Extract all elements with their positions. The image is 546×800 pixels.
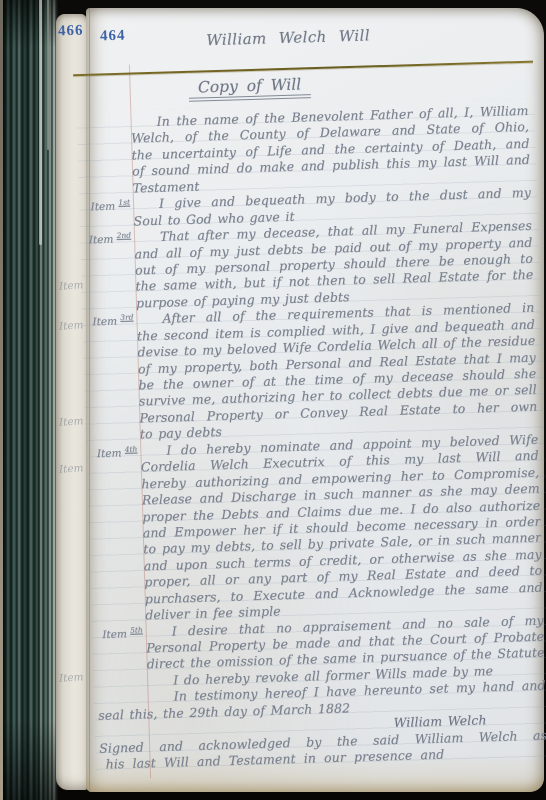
ghost-margin-note: Item bbox=[59, 319, 84, 333]
section-heading-wrap: Copy of Will bbox=[105, 72, 394, 105]
page-number-left: 466 bbox=[58, 23, 84, 41]
page-number-right: 464 bbox=[100, 28, 126, 46]
scanned-will-record-photo: ItemItemItemItemItem 466 464 William Wel… bbox=[0, 0, 546, 800]
ghost-margin-note: Item bbox=[59, 462, 84, 476]
book-binding-page-edges bbox=[3, 0, 58, 800]
margin-note: Item 4th bbox=[86, 444, 137, 460]
margin-note: Item 3rd bbox=[82, 313, 133, 329]
page-edge-sliver bbox=[39, 0, 42, 245]
margin-notes: Item 1stItem 2ndItem 3rdItem 4thItem 5th bbox=[73, 0, 531, 8]
section-heading: Copy of Will bbox=[189, 75, 311, 102]
ghost-margin-note: Item bbox=[59, 279, 84, 293]
ghost-margin-note: Item bbox=[59, 671, 84, 685]
page-title: William Welch Will bbox=[104, 23, 472, 52]
ledger-page: 464 William Welch Will Copy of Will Item… bbox=[86, 8, 544, 792]
margin-note: Item 2nd bbox=[80, 231, 131, 247]
page-content: William Welch Will Copy of Will Item 1st… bbox=[73, 0, 546, 792]
margin-note: Item 1st bbox=[79, 198, 130, 214]
page-edge-sliver bbox=[47, 0, 49, 150]
ghost-margin-note: Item bbox=[59, 415, 84, 429]
margin-note: Item 5th bbox=[92, 625, 143, 641]
will-text: In the name of the Benevolent Father of … bbox=[130, 103, 546, 772]
